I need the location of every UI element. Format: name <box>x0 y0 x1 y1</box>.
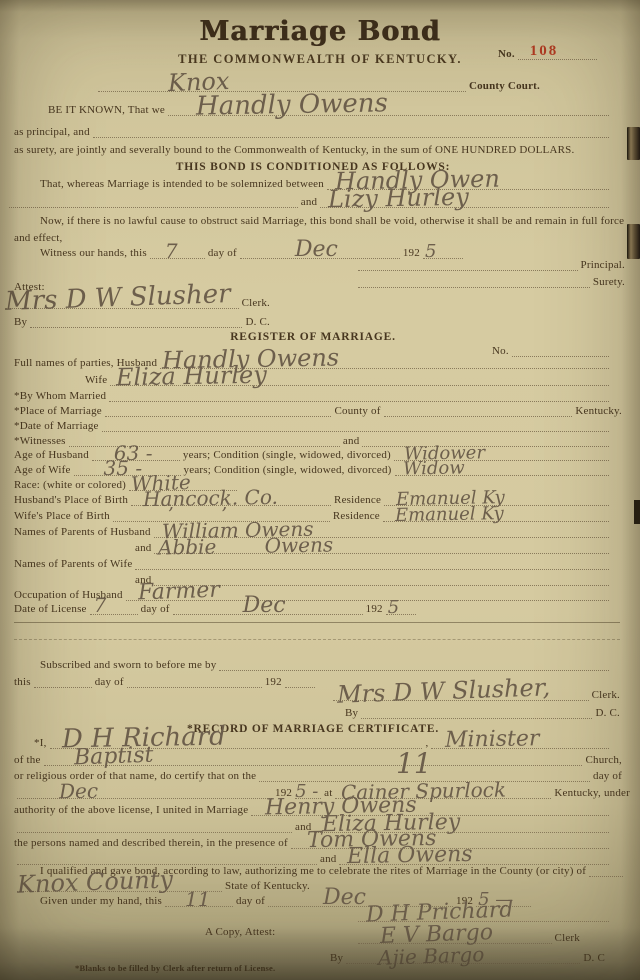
wife-birth-label: Wife's Place of Birth <box>14 510 110 522</box>
mother-husband-line: and Abbie Owens <box>135 538 612 554</box>
given-day-field: 11 <box>165 893 233 907</box>
sworn-month-field <box>127 674 262 688</box>
bride-handwriting: Lizy Hurley <box>328 185 469 211</box>
principal-signature-line: Principal. <box>355 255 625 271</box>
attest-clerk-line: Mrs D W Slusher Clerk. <box>2 293 270 309</box>
conditioned-heading-line: THIS BOND IS CONDITIONED AS FOLLOWS: <box>14 157 612 173</box>
parents-husband-label: Names of Parents of Husband <box>14 526 151 538</box>
given-label: Given under my hand, this <box>40 895 162 907</box>
bride-field: Lizy Hurley <box>320 194 609 208</box>
minister-title-field: Minister <box>431 735 609 749</box>
sworn-clerk-signature: Mrs D W Slusher, <box>337 675 551 706</box>
mother-husband-and-label: and <box>135 542 151 554</box>
surety-name-field <box>93 124 609 138</box>
subscribed-field <box>219 657 609 671</box>
witness-day-of-label: day of <box>208 247 237 259</box>
wife-condition-field: Widow <box>395 462 609 476</box>
date-of-marriage-field <box>102 418 609 432</box>
qualified-trailer <box>589 863 623 877</box>
certificate-i-label: *I, <box>34 737 47 749</box>
document-number-value: 108 <box>530 44 559 59</box>
principal-name-field: Handly Owens <box>168 102 609 116</box>
place-of-marriage-field <box>105 403 332 417</box>
be-it-known-label: BE IT KNOWN, That we <box>48 104 165 116</box>
attest-clerk-field: Mrs D W Slusher <box>5 295 239 309</box>
binding-mark-lower <box>634 500 640 524</box>
county-of-field <box>384 403 573 417</box>
sworn-day-field <box>34 674 92 688</box>
license-day-handwriting: 7 <box>94 595 107 615</box>
given-day-handwriting: 11 <box>185 889 210 909</box>
solemnized-label: That, whereas Marriage is intended to be… <box>40 178 324 190</box>
certify-day-of-label: day of <box>593 770 622 782</box>
wife-residence-label: Residence <box>333 510 380 522</box>
lawful-clause-text1: Now, if there is no lawful cause to obst… <box>40 215 624 227</box>
age-of-wife-line: Age of Wife 35 - years; Condition (singl… <box>14 460 612 476</box>
principal-label: Principal. <box>581 259 625 271</box>
attest-clerk-label: Clerk. <box>242 297 270 309</box>
authority-label: authority of the above license, I united… <box>14 804 248 816</box>
license-year-field: 5 <box>386 601 416 615</box>
wife-condition-handwriting: Widow <box>402 459 464 478</box>
place-of-marriage-line: *Place of Marriage County of Kentucky. <box>14 401 622 417</box>
sworn-clerk-field: Mrs D W Slusher, <box>333 687 589 701</box>
as-principal-line: as principal, and <box>14 122 612 138</box>
parents-wife-label: Names of Parents of Wife <box>14 558 132 570</box>
sworn-dc-label: D. C. <box>595 707 620 719</box>
parents-wife-field <box>135 556 609 570</box>
attestation-clerk-field: E V Bargo <box>358 930 552 944</box>
by-whom-married-field <box>109 388 609 402</box>
mother-husband-field: Abbie Owens <box>154 540 609 554</box>
sworn-clerk-line: Mrs D W Slusher, Clerk. <box>330 685 620 701</box>
subscribed-label: Subscribed and sworn to before me by <box>40 659 216 671</box>
sworn-year-field <box>285 674 315 688</box>
husband-birth-line: Husband's Place of Birth Hancock. Co. Re… <box>14 490 612 506</box>
husband-residence-label: Residence <box>334 494 381 506</box>
wife-line: Wife Eliza Hurley <box>85 370 612 386</box>
register-wife-field: Eliza Hurley <box>110 372 609 386</box>
sworn-this-label: this <box>14 676 31 688</box>
attest-by-field <box>30 314 242 328</box>
no-label: No. <box>498 48 515 60</box>
united-marriage-line: authority of the above license, I united… <box>14 800 612 816</box>
given-day-of-label: day of <box>236 895 265 907</box>
county-court-label: County Court. <box>469 80 540 92</box>
sworn-day-of-label: day of <box>95 676 124 688</box>
wife-label: Wife <box>85 374 107 386</box>
footer-note: *Blanks to be filled by Clerk after retu… <box>75 963 275 973</box>
bride-leader-field <box>9 194 298 208</box>
mother-wife-field <box>154 572 609 586</box>
full-names-line: Full names of parties, Husband Handly Ow… <box>14 353 612 369</box>
license-month-field: Dec <box>173 601 363 615</box>
witness-day-field: 7 <box>150 245 205 259</box>
register-heading: REGISTER OF MARRIAGE. <box>230 331 396 343</box>
sworn-by-line: By D. C. <box>345 703 620 719</box>
be-it-known-line: BE IT KNOWN, That we Handly Owens <box>14 100 612 116</box>
church-field: Baptist <box>44 752 583 766</box>
witness-hands-label: Witness our hands, this <box>40 247 147 259</box>
date-of-marriage-line: *Date of Marriage <box>14 416 612 432</box>
copy-attest-label: A Copy, Attest: <box>205 926 275 938</box>
church-line: of the Baptist Church, <box>14 750 622 766</box>
section-divider-rule1 <box>14 622 620 623</box>
husband-birth-field: Hancock. Co. <box>131 492 331 506</box>
wife-residence-field: Emanuel Ky <box>383 508 609 522</box>
sworn-date-line: this day of 192 <box>14 672 320 688</box>
presence-line: the persons named and described therein,… <box>14 833 612 849</box>
attestation-clerk-line: E V Bargo Clerk <box>355 928 580 944</box>
binding-clip-middle <box>627 224 640 259</box>
license-line: Date of License 7 day of Dec 192 5 <box>14 599 460 615</box>
witness-month-handwriting: Dec <box>295 239 338 261</box>
certify-label: or religious order of that name, do cert… <box>14 770 256 782</box>
certificate-month-field: Dec <box>17 785 272 799</box>
parents-wife-line: Names of Parents of Wife <box>14 554 612 570</box>
certificate-bride-leader <box>17 819 292 833</box>
license-year-printed: 192 <box>366 603 383 615</box>
principal-signature-field <box>358 257 578 271</box>
document-number-line: No. 108 <box>498 44 600 60</box>
of-the-label: of the <box>14 754 41 766</box>
sworn-clerk-label: Clerk. <box>592 689 620 701</box>
footer-note-line: *Blanks to be filled by Clerk after retu… <box>75 957 612 973</box>
lawful-clause-line1: Now, if there is no lawful cause to obst… <box>14 211 626 227</box>
by-whom-married-line: *By Whom Married <box>14 386 612 402</box>
attest-by-line: By D. C. <box>14 312 270 328</box>
presence-label: the persons named and described therein,… <box>14 837 288 849</box>
surety-clause-text: as surety, are jointly and severally bou… <box>14 144 574 156</box>
witness-day-handwriting: 7 <box>165 241 178 261</box>
subscribed-line: Subscribed and sworn to before me by <box>14 655 612 671</box>
sworn-by-field <box>361 705 592 719</box>
knox-county-line: Knox County State of Kentucky. <box>14 876 310 892</box>
license-day-of-label: day of <box>141 603 170 615</box>
church-label: Church, <box>585 754 622 766</box>
certify-line: or religious order of that name, do cert… <box>14 766 622 782</box>
sworn-by-label: By <box>345 707 358 719</box>
sworn-year-printed: 192 <box>265 676 282 688</box>
certificate-day-handwriting: 11 <box>396 750 432 778</box>
top-shadow <box>0 0 640 12</box>
bride-line: and Lizy Hurley <box>6 192 612 208</box>
husband-birth-label: Husband's Place of Birth <box>14 494 128 506</box>
binding-clip-top <box>627 127 640 160</box>
kentucky-under-label: Kentucky, under <box>554 787 630 799</box>
attest-clerk-signature: Mrs D W Slusher <box>5 281 231 315</box>
solemnized-line: That, whereas Marriage is intended to be… <box>14 174 612 190</box>
and-label: and <box>301 196 317 208</box>
no-field: 108 <box>518 46 597 60</box>
principal-name-handwriting: Handly Owens <box>196 90 388 119</box>
license-month-handwriting: Dec <box>243 595 286 617</box>
marriage-bond-document: Marriage Bond THE COMMONWEALTH OF KENTUC… <box>0 0 640 980</box>
license-label: Date of License <box>14 603 87 615</box>
section-divider-rule2 <box>14 639 620 640</box>
attestation-clerk-label: Clerk <box>555 932 580 944</box>
surety-clause-line: as surety, are jointly and severally bou… <box>14 140 625 156</box>
license-day-field: 7 <box>90 601 138 615</box>
certificate-month-handwriting: Dec <box>59 781 98 802</box>
as-principal-label: as principal, and <box>14 126 90 138</box>
minister-title-handwriting: Minister <box>445 728 540 752</box>
license-year-handwriting: 5 <box>388 599 399 617</box>
